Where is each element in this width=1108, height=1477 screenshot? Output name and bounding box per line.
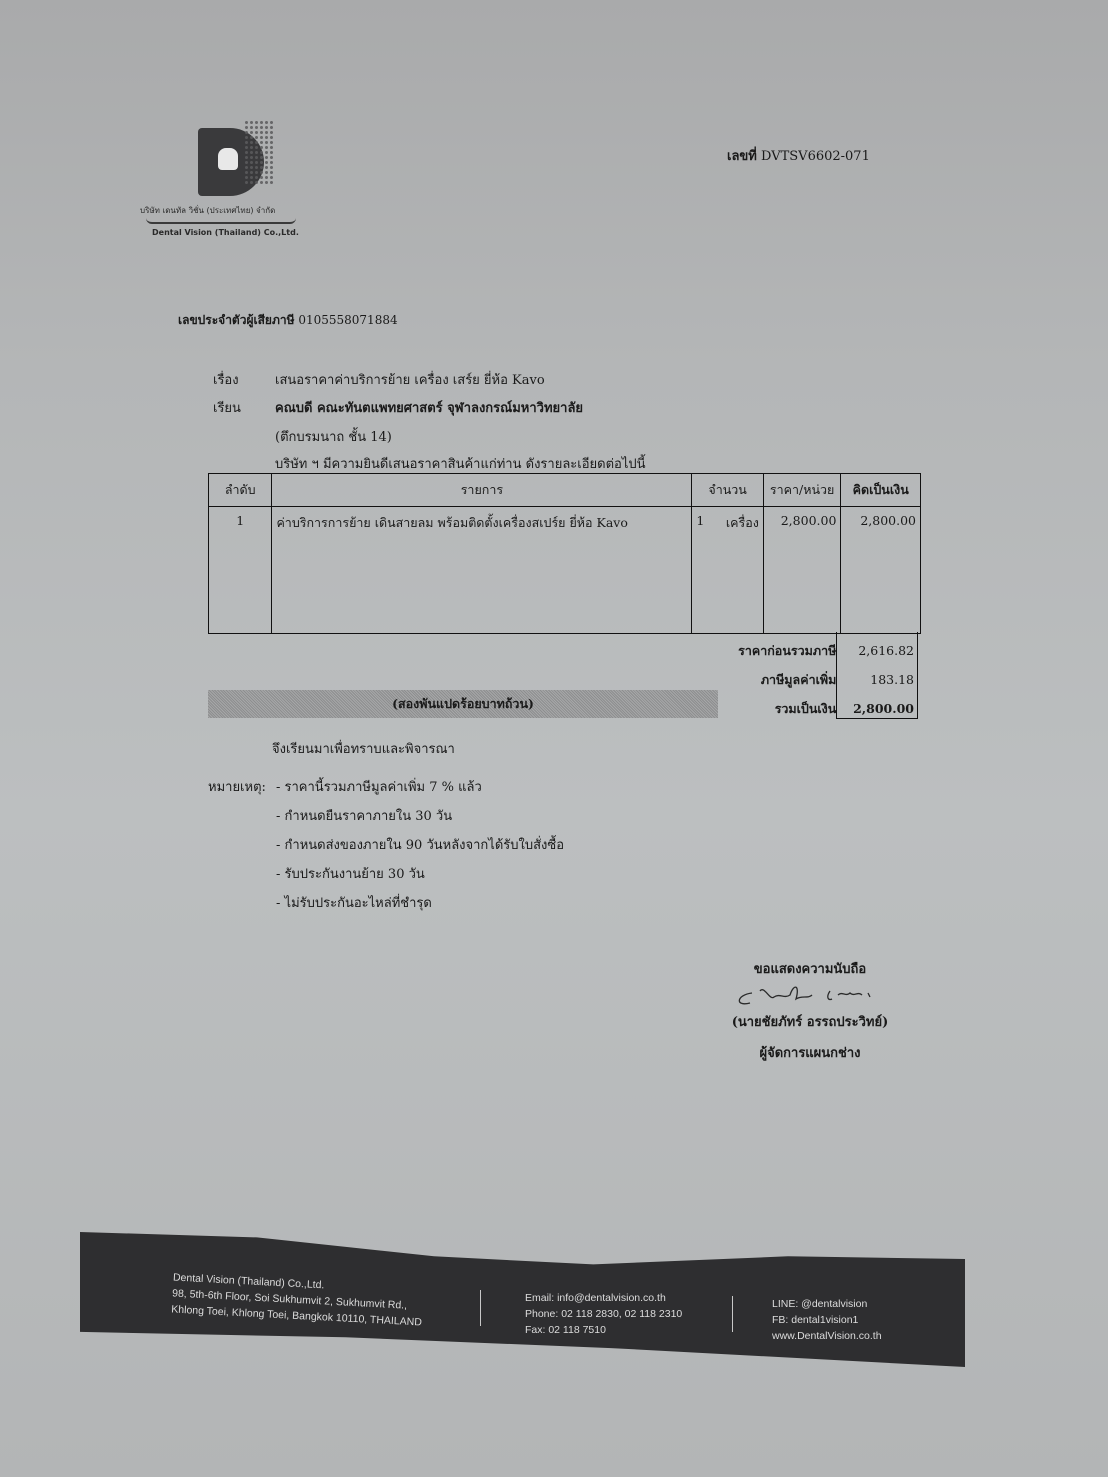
vat-label: ภาษีมูลค่าเพิ่ม bbox=[700, 670, 842, 690]
recipient-location: (ตึกบรมนาถ ชั้น 14) bbox=[275, 426, 392, 447]
logo-swoosh bbox=[146, 218, 296, 224]
recipient-label: เรียน bbox=[213, 397, 241, 418]
closing-text: จึงเรียนมาเพื่อทราบและพิจารณา bbox=[272, 738, 455, 759]
note-item: - กำหนดยืนราคาภายใน 30 วัน bbox=[276, 805, 452, 826]
note-item: - รับประกันงานย้าย 30 วัน bbox=[276, 863, 425, 884]
tax-id: เลขประจำตัวผู้เสียภาษี 0105558071884 bbox=[178, 311, 398, 330]
total-label: รวมเป็นเงิน bbox=[700, 699, 842, 719]
table-row: 1 ค่าบริการการย้าย เดินสายลม พร้อมติดตั้… bbox=[209, 507, 921, 634]
subject-label: เรื่อง bbox=[213, 369, 239, 390]
cell-amount: 2,800.00 bbox=[841, 507, 921, 634]
logo-dots bbox=[244, 120, 274, 184]
document-number-value: DVTSV6602-071 bbox=[761, 149, 870, 164]
footer-contact: Email: info@dentalvision.co.th Phone: 02… bbox=[525, 1290, 682, 1338]
total-value: 2,800.00 bbox=[842, 701, 920, 716]
amount-in-words: (สองพันแปดร้อยบาทถ้วน) bbox=[208, 690, 718, 718]
col-header-amount: คิดเป็นเงิน bbox=[841, 474, 921, 507]
signature-block: ขอแสดงความนับถือ (นายชัยภัทร์ อรรถประวิท… bbox=[700, 958, 920, 1063]
note-item: - กำหนดส่งของภายใน 90 วันหลังจากได้รับใบ… bbox=[276, 834, 564, 855]
intro-text: บริษัท ฯ มีความยินดีเสนอราคาสินค้าแก่ท่า… bbox=[275, 453, 646, 474]
footer-website: www.DentalVision.co.th bbox=[772, 1328, 882, 1344]
col-header-qty: จำนวน bbox=[692, 474, 764, 507]
footer-social: LINE: @dentalvision FB: dental1vision1 w… bbox=[772, 1296, 882, 1344]
document-number: เลขที่ DVTSV6602-071 bbox=[727, 145, 870, 166]
cell-description: ค่าบริการการย้าย เดินสายลม พร้อมติดตั้งเ… bbox=[272, 507, 692, 634]
footer-divider bbox=[732, 1296, 733, 1332]
regards-text: ขอแสดงความนับถือ bbox=[700, 958, 920, 979]
signer-position: ผู้จัดการแผนกช่าง bbox=[700, 1042, 920, 1063]
notes-label: หมายเหตุ: bbox=[208, 776, 266, 797]
cell-qty-value: 1 bbox=[696, 513, 704, 533]
footer-email: Email: info@dentalvision.co.th bbox=[525, 1290, 682, 1306]
col-header-no: ลำดับ bbox=[209, 474, 272, 507]
note-item: - ไม่รับประกันอะไหล่ที่ชำรุด bbox=[276, 892, 432, 913]
amount-in-words-text: (สองพันแปดร้อยบาทถ้วน) bbox=[392, 694, 534, 714]
cell-unit-price: 2,800.00 bbox=[763, 507, 841, 634]
footer-band: Dental Vision (Thailand) Co.,Ltd. 98, 5t… bbox=[80, 1232, 965, 1367]
footer-divider bbox=[480, 1290, 481, 1326]
subject-text: เสนอราคาค่าบริการย้าย เครื่อง เสร์ย ยี่ห… bbox=[275, 369, 545, 390]
document-number-label: เลขที่ bbox=[727, 149, 757, 164]
subtotal-row: ราคาก่อนรวมภาษี 2,616.82 bbox=[700, 636, 920, 665]
table-header-row: ลำดับ รายการ จำนวน ราคา/หน่วย คิดเป็นเงิ… bbox=[209, 474, 921, 507]
footer-facebook: FB: dental1vision1 bbox=[772, 1312, 882, 1328]
footer-fax: Fax: 02 118 7510 bbox=[525, 1322, 682, 1338]
vat-row: ภาษีมูลค่าเพิ่ม 183.18 bbox=[700, 665, 920, 694]
tax-id-label: เลขประจำตัวผู้เสียภาษี bbox=[178, 313, 295, 327]
recipient-text: คณบดี คณะทันตแพทยศาสตร์ จุฬาลงกรณ์มหาวิท… bbox=[275, 397, 583, 418]
footer-line: LINE: @dentalvision bbox=[772, 1296, 882, 1312]
cell-qty-unit: เครื่อง bbox=[726, 513, 759, 533]
subtotal-label: ราคาก่อนรวมภาษี bbox=[700, 641, 842, 661]
col-header-description: รายการ bbox=[272, 474, 692, 507]
col-header-unit-price: ราคา/หน่วย bbox=[763, 474, 841, 507]
total-row: รวมเป็นเงิน 2,800.00 bbox=[700, 694, 920, 723]
company-logo: บริษัท เดนทัล วิชั่น (ประเทศไทย) จำกัด D… bbox=[140, 120, 310, 245]
footer-address: Dental Vision (Thailand) Co.,Ltd. 98, 5t… bbox=[171, 1269, 424, 1330]
handwritten-signature bbox=[700, 979, 920, 1011]
cell-qty: 1 เครื่อง bbox=[692, 507, 764, 634]
totals: ราคาก่อนรวมภาษี 2,616.82 ภาษีมูลค่าเพิ่ม… bbox=[700, 636, 920, 723]
subtotal-value: 2,616.82 bbox=[842, 643, 920, 658]
company-name-en: Dental Vision (Thailand) Co.,Ltd. bbox=[152, 228, 299, 237]
signer-name: (นายชัยภัทร์ อรรถประวิทย์) bbox=[700, 1011, 920, 1032]
cell-no: 1 bbox=[209, 507, 272, 634]
tooth-icon bbox=[218, 148, 238, 170]
quotation-table: ลำดับ รายการ จำนวน ราคา/หน่วย คิดเป็นเงิ… bbox=[208, 473, 921, 634]
signature-icon bbox=[730, 981, 900, 1011]
company-name-th: บริษัท เดนทัล วิชั่น (ประเทศไทย) จำกัด bbox=[140, 204, 275, 217]
note-item: - ราคานี้รวมภาษีมูลค่าเพิ่ม 7 % แล้ว bbox=[276, 776, 482, 797]
footer-phone: Phone: 02 118 2830, 02 118 2310 bbox=[525, 1306, 682, 1322]
tax-id-value: 0105558071884 bbox=[298, 313, 397, 327]
vat-value: 183.18 bbox=[842, 672, 920, 687]
